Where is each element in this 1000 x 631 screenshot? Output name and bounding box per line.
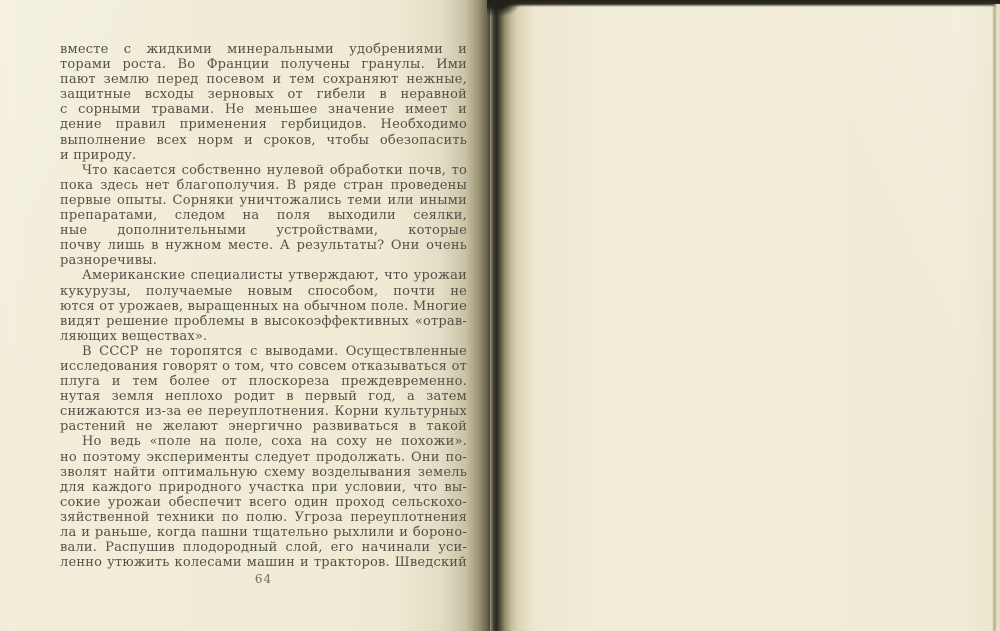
text-line: дение правил применения гербицидов. Необ… bbox=[60, 117, 467, 132]
right-page: ученый Биргер Данфорс подсчитал, что под… bbox=[500, 0, 1000, 631]
paragraph: Что касается собственно нулевой обработк… bbox=[60, 163, 467, 269]
text-line: ляющих веществах». bbox=[60, 329, 467, 344]
text-line: плуга и тем более от плоскореза преждевр… bbox=[60, 374, 467, 389]
text-line: исследования говорят о том, что совсем о… bbox=[60, 359, 467, 374]
book-binding-gutter bbox=[478, 0, 528, 631]
text-line: зволят найти оптимальную схему возделыва… bbox=[60, 465, 467, 480]
text-line: для каждого природного участка при услов… bbox=[60, 480, 467, 495]
text-line: ла и раньше, когда пашни тщательно рыхли… bbox=[60, 525, 467, 540]
text-line: Американские специалисты утверждают, что… bbox=[60, 268, 467, 283]
paragraph: Американские специалисты утверждают, что… bbox=[60, 268, 467, 343]
text-line: Что касается собственно нулевой обработк… bbox=[60, 163, 467, 178]
text-line: В СССР не торопятся с выводами. Осуществ… bbox=[60, 344, 467, 359]
book-spread: вместе с жидкими минеральными удобрениям… bbox=[0, 0, 1000, 631]
text-line: и природу. bbox=[60, 148, 467, 163]
text-line: разноречивы. bbox=[60, 253, 467, 268]
text-line: сокие урожаи обеспечит всего один проход… bbox=[60, 495, 467, 510]
text-line: ленно утюжить колесами машин и тракторов… bbox=[60, 555, 467, 570]
text-line: с сорными травами. Не меньшее значение и… bbox=[60, 102, 467, 117]
text-line: снижаются из-за ее переуплотнения. Корни… bbox=[60, 404, 467, 419]
text-line: выполнение всех норм и сроков, чтобы обе… bbox=[60, 133, 467, 148]
page-top-edge-shadow bbox=[487, 0, 1000, 7]
paragraph: Но ведь «поле на поле, соха на соху не п… bbox=[60, 434, 467, 570]
text-line: видят решение проблемы в высокоэффективн… bbox=[60, 314, 467, 329]
text-line: препаратами, следом на поля выходили сея… bbox=[60, 208, 467, 223]
left-page-text-column: вместе с жидкими минеральными удобрениям… bbox=[60, 42, 467, 570]
paragraph: В СССР не торопятся с выводами. Осуществ… bbox=[60, 344, 467, 435]
page-top-corner-shadow bbox=[487, 0, 521, 16]
paragraph: вместе с жидкими минеральными удобрениям… bbox=[60, 42, 467, 163]
text-line: первые опыты. Сорняки уничтожались теми … bbox=[60, 193, 467, 208]
text-line: пока здесь нет благополучия. В ряде стра… bbox=[60, 178, 467, 193]
text-line: защитные всходы зерновых от гибели в нер… bbox=[60, 87, 467, 102]
text-line: нутая земля неплохо родит в первый год, … bbox=[60, 389, 467, 404]
text-line: но поэтому эксперименты следует продолжа… bbox=[60, 450, 467, 465]
text-line: вместе с жидкими минеральными удобрениям… bbox=[60, 42, 467, 57]
page-stack-right-edge bbox=[992, 4, 1000, 631]
text-line: растений не желают энергично развиваться… bbox=[60, 419, 467, 434]
text-line: Но ведь «поле на поле, соха на соху не п… bbox=[60, 434, 467, 449]
text-line: вали. Распушив плодородный слой, его нач… bbox=[60, 540, 467, 555]
text-line: ются от урожаев, выращенных на обычном п… bbox=[60, 299, 467, 314]
text-line: кукурузы, получаемые новым способом, поч… bbox=[60, 284, 467, 299]
left-page: вместе с жидкими минеральными удобрениям… bbox=[0, 0, 490, 631]
text-line: почву лишь в нужном месте. А результаты?… bbox=[60, 238, 467, 253]
text-line: зяйственной техники по полю. Угроза пере… bbox=[60, 510, 467, 525]
left-page-number: 64 bbox=[60, 572, 467, 588]
text-line: пают землю перед посевом и тем сохраняют… bbox=[60, 72, 467, 87]
text-line: торами роста. Во Франции получены гранул… bbox=[60, 57, 467, 72]
text-line: ные дополнительными устройствами, которы… bbox=[60, 223, 467, 238]
